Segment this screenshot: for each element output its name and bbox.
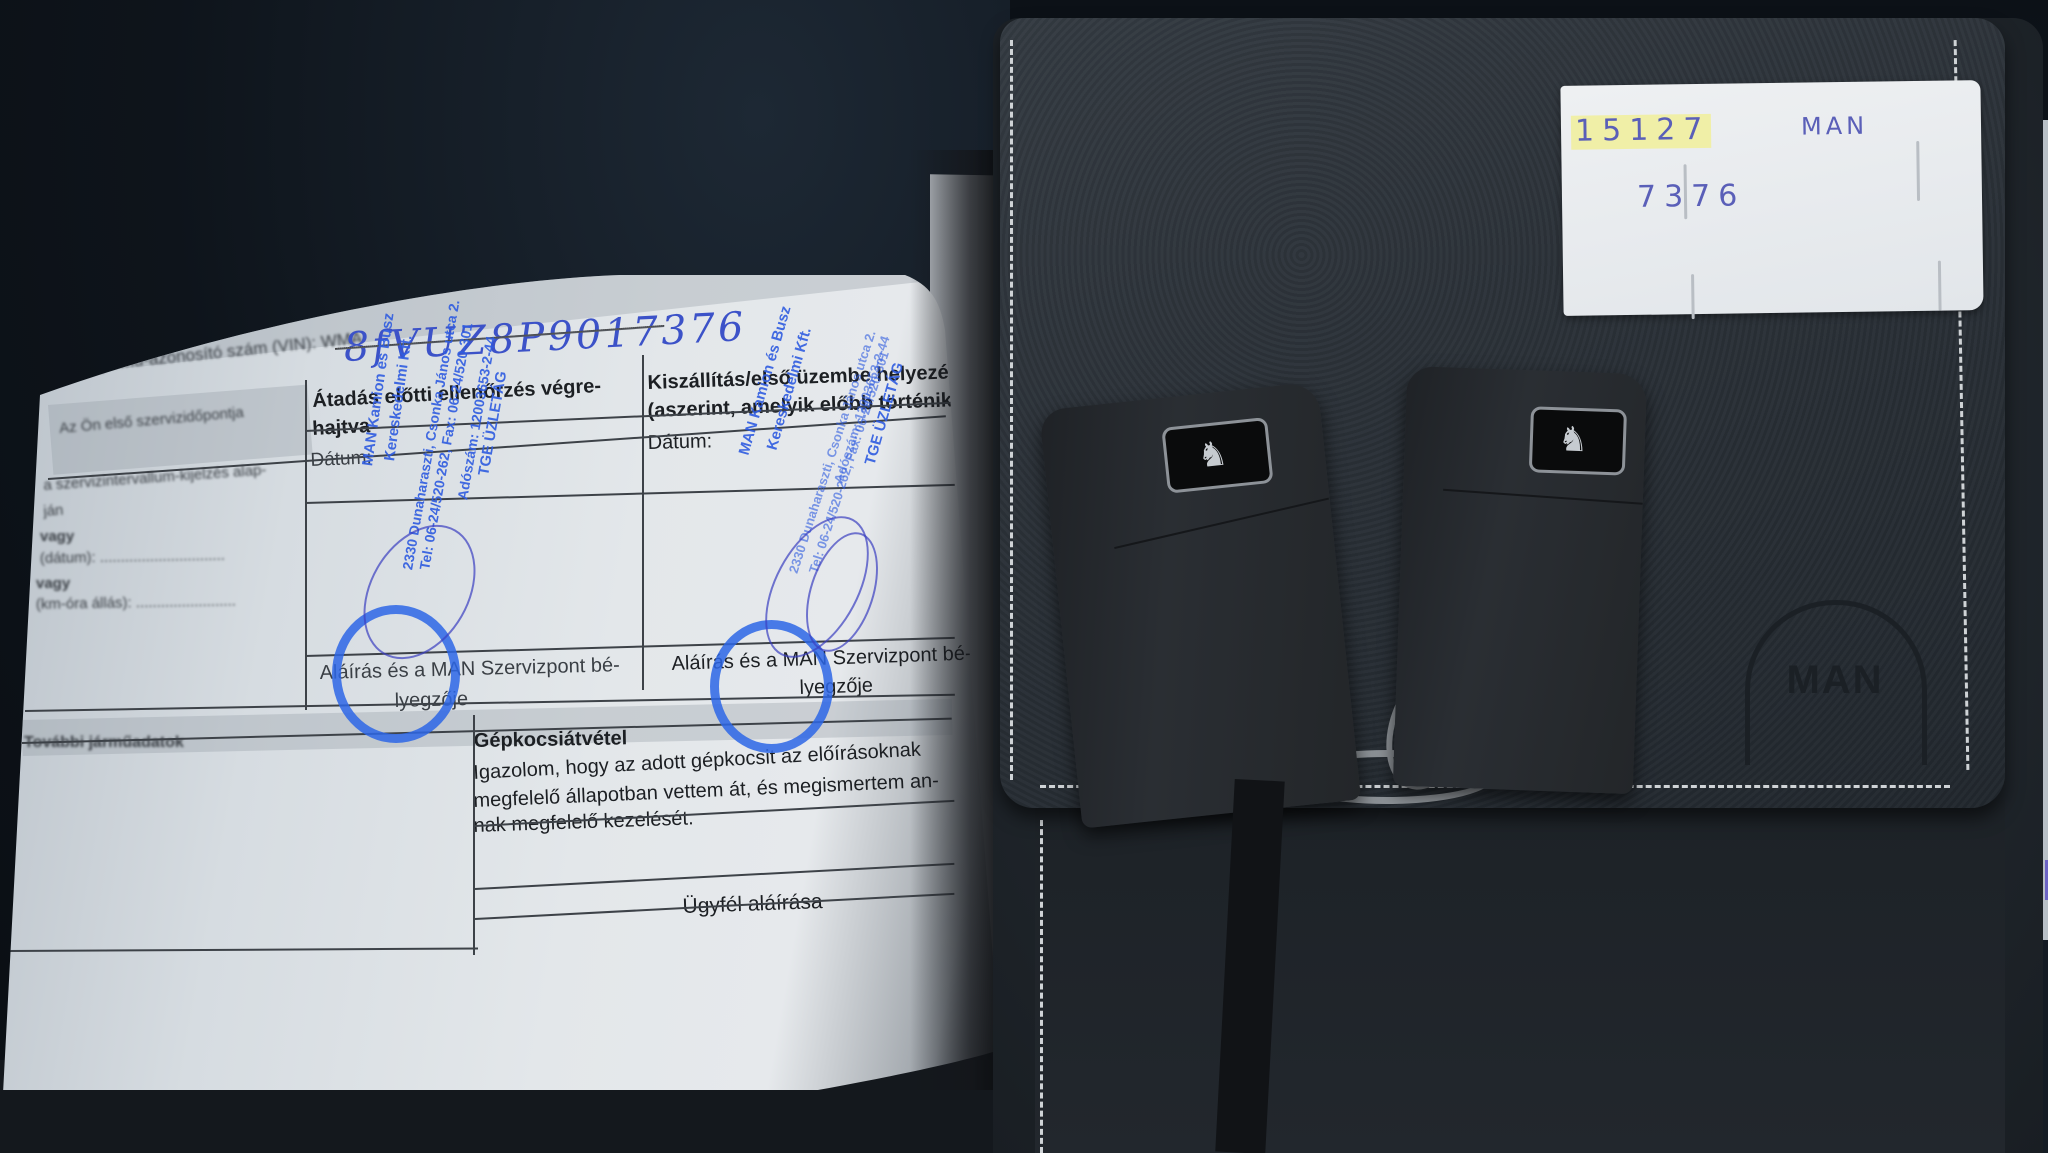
or-label-2: vagy (36, 575, 70, 592)
lion-icon: ♞ (1196, 436, 1230, 473)
date-field: (dátum): .............................. (40, 547, 225, 567)
table-rule (475, 863, 954, 890)
table-rule (8, 948, 478, 952)
fob-emblem-1: ♞ (1161, 417, 1273, 494)
key-fob-1[interactable]: ♞ (1039, 382, 1361, 829)
flap-stitching-left (1010, 40, 1013, 780)
staple (1691, 274, 1695, 319)
lion-icon: ♞ (1557, 422, 1589, 457)
interval-text-2: ján (43, 502, 64, 520)
fob-emblem-2: ♞ (1529, 406, 1627, 475)
fob-seam (1443, 489, 1643, 505)
note-number: 7376 (1637, 178, 1746, 215)
table-column-rule (305, 380, 307, 710)
man-logo-text: MAN (1745, 658, 1925, 703)
odometer-field: (km-óra állás): ........................ (36, 593, 236, 613)
acceptance-header: Gépkocsiátvétel (474, 727, 628, 753)
table-column-rule (473, 715, 475, 955)
key-fob-2[interactable]: ♞ (1393, 366, 1648, 794)
fob-seam (1114, 498, 1329, 549)
staple (1938, 261, 1942, 311)
note-number-highlighted: 15127 (1575, 112, 1711, 149)
note-brand: MAN (1801, 112, 1868, 141)
paper-note: 15127 MAN 7376 (1560, 80, 1983, 316)
wallet-stitching (1040, 820, 1043, 1153)
table-column-rule (642, 355, 644, 690)
wallet-man-logo: MAN (1745, 600, 1925, 710)
or-label-1: vagy (40, 528, 74, 545)
wallet-back-panel (1035, 800, 2005, 1153)
staple (1916, 141, 1920, 201)
further-data-header: További járműadatok (24, 734, 184, 752)
table-rule (305, 484, 955, 504)
staple (1684, 164, 1688, 219)
